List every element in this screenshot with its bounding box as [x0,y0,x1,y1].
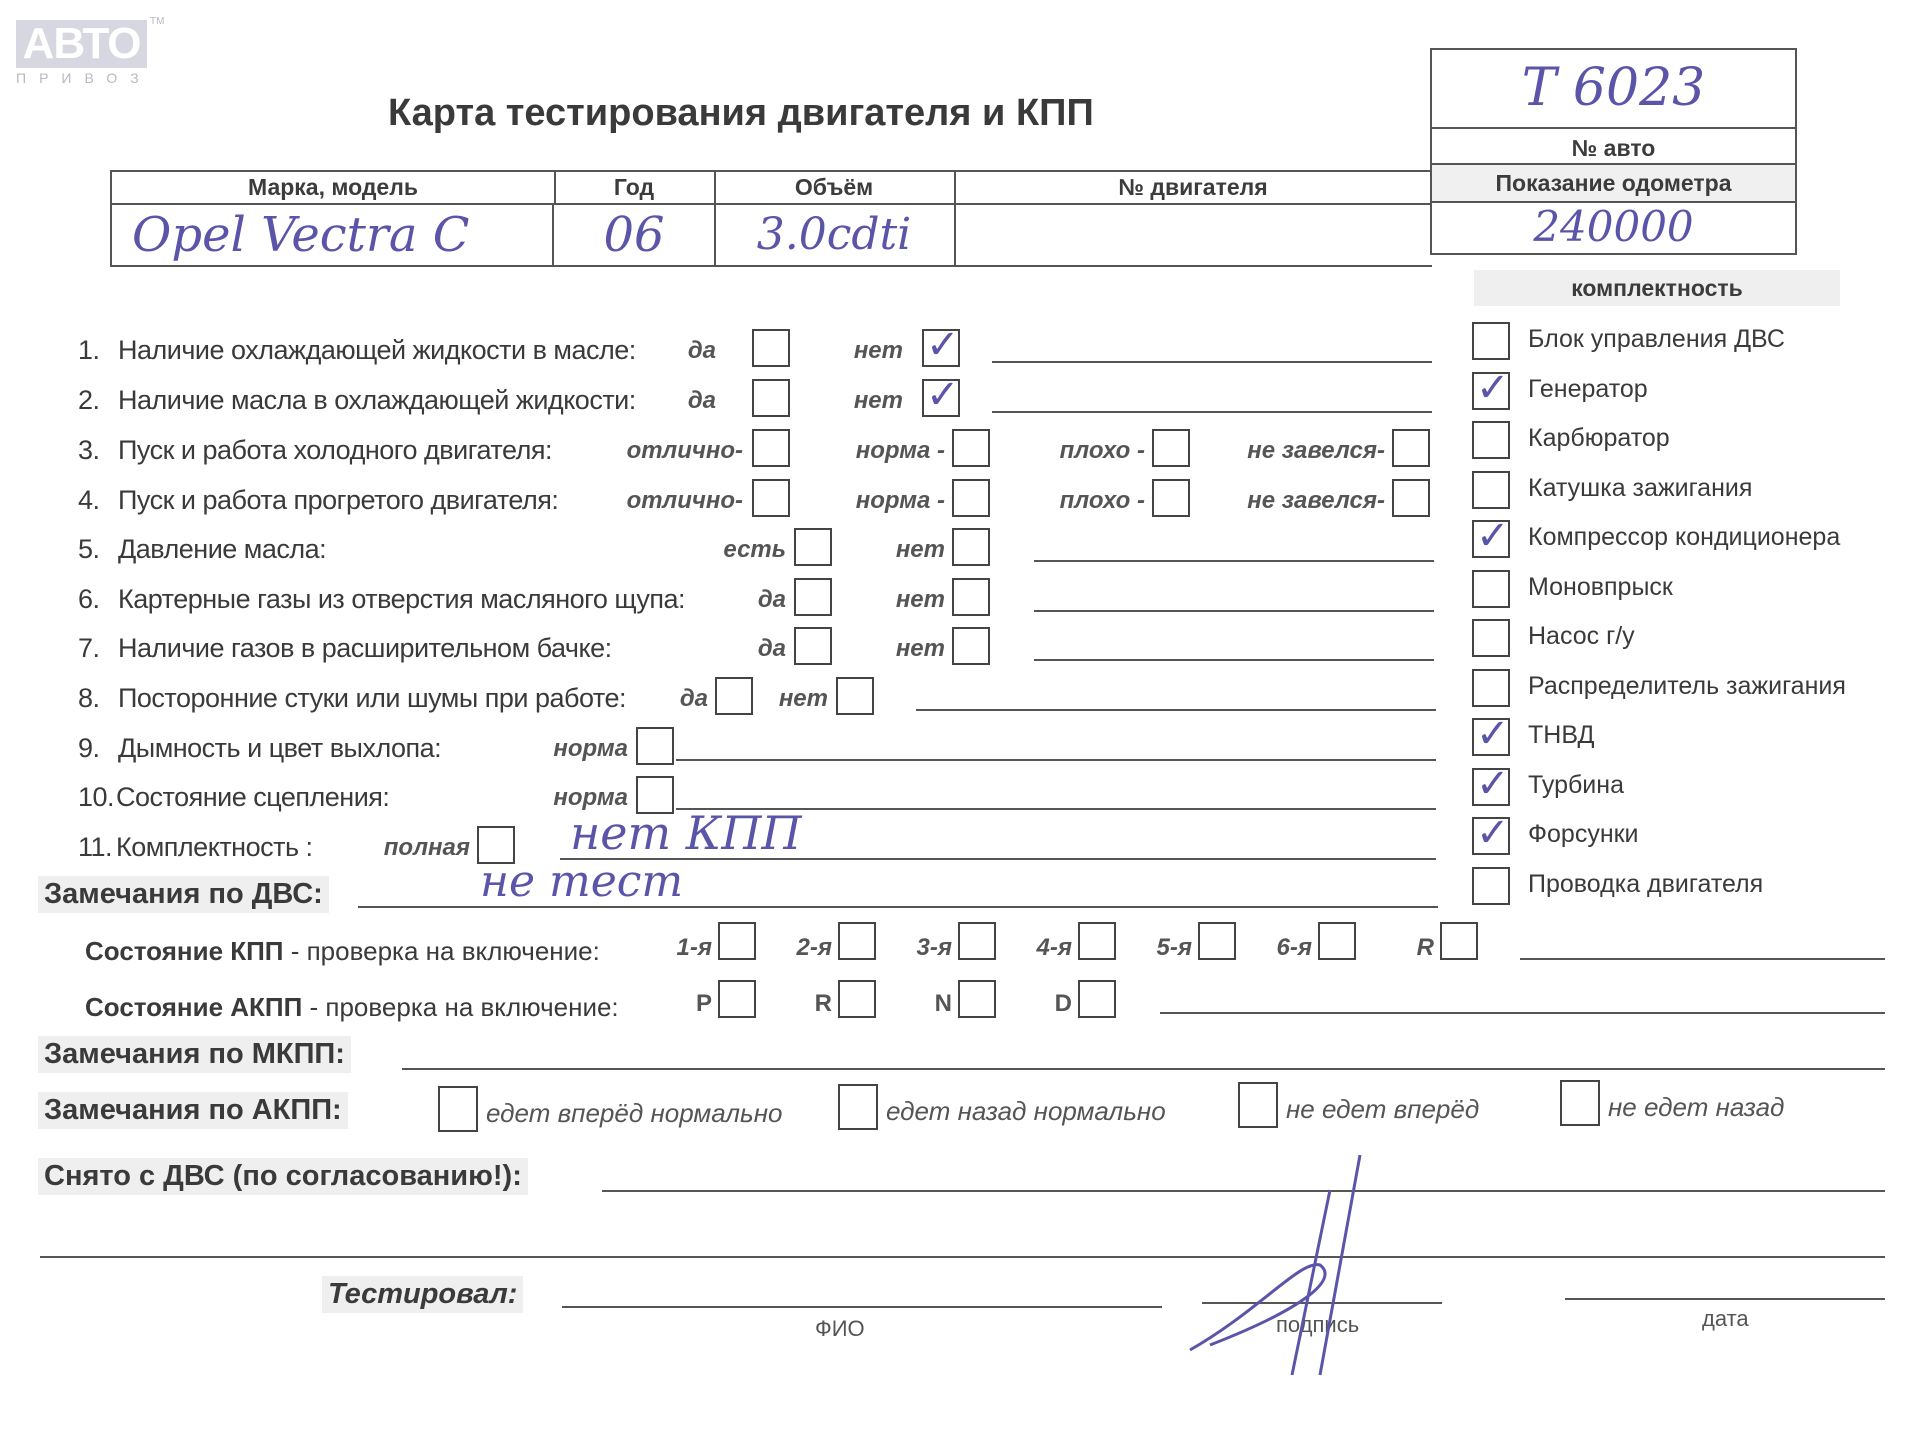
gear-label: 4-я [1037,934,1072,962]
akpp-position-label: N [935,990,952,1018]
option-label: отлично- [627,487,743,515]
odometer-value[interactable]: 240000 [1432,202,1795,251]
signature-scribble [1180,1150,1380,1380]
year-value[interactable]: 06 [554,205,716,265]
option-label: нет [896,536,945,564]
option-checkbox[interactable] [1152,429,1190,467]
akpp-position-label: R [815,990,832,1018]
question-text: Картерные газы из отверстия масляного щу… [118,584,685,615]
question-text: Дымность и цвет выхлопа: [118,733,441,764]
option-checkbox[interactable] [752,329,790,367]
fio-line[interactable] [562,1306,1162,1308]
col-header-model: Марка, модель [112,172,556,205]
page-title: Карта тестирования двигателя и КПП [388,92,1094,135]
gear-checkbox[interactable] [958,922,996,960]
gear-label: 2-я [797,934,832,962]
kit-item-label: Карбюратор [1528,424,1670,453]
akpp-position-label: D [1055,990,1072,1018]
option-checkbox[interactable] [794,627,832,665]
kit-item-label: Насос г/у [1528,622,1635,651]
answer-line[interactable] [1034,610,1434,612]
option-checkbox[interactable] [636,727,674,765]
option-label: нет [896,635,945,663]
question-number: 1. [78,335,100,366]
question-text: Пуск и работа холодного двигателя: [118,435,552,466]
option-checkbox[interactable] [836,677,874,715]
checkmark-icon: ✓ [1476,714,1510,754]
gear-checkbox[interactable] [838,922,876,960]
option-label: норма - [856,437,945,465]
kit-item-label: Проводка двигателя [1528,870,1763,899]
option-label: плохо - [1060,487,1145,515]
option-label: норма - [856,487,945,515]
kit-item-label: Турбина [1528,771,1624,800]
akpp-remark-label: не едет назад [1608,1092,1784,1123]
model-value[interactable]: Opel Vectra C [112,205,554,265]
akpp-position-checkbox[interactable] [838,980,876,1018]
date-caption: дата [1702,1306,1749,1332]
akpp-label-rest: - проверка на включение: [302,992,618,1022]
akpp-remark-label: едет назад нормально [886,1096,1166,1127]
kit-checkbox[interactable] [1472,867,1510,905]
engine-no-value[interactable] [954,205,1432,265]
option-label: да [688,387,716,415]
option-checkbox[interactable] [1152,479,1190,517]
question-text: Комплектность : [116,832,313,863]
mkpp-remarks-label: Замечания по МКПП: [38,1036,351,1073]
kit-checkbox[interactable]: ✓ [1472,520,1510,558]
kit-checkbox[interactable]: ✓ [1472,372,1510,410]
option-label: не завелся- [1247,437,1385,465]
akpp-remark-checkbox[interactable] [1560,1080,1600,1126]
question-number: 10. [78,782,114,813]
checkmark-icon: ✓ [1476,813,1510,853]
akpp-label: Состояние АКПП - проверка на включение: [85,992,619,1023]
akpp-position-checkbox[interactable] [718,980,756,1018]
option-label: норма [553,735,628,763]
answer-line[interactable] [676,759,1436,761]
kit-title: комплектность [1474,270,1840,306]
option-checkbox[interactable] [952,627,990,665]
option-checkbox[interactable] [794,528,832,566]
option-label: да [758,635,786,663]
question-text: Наличие охлаждающей жидкости в масле: [118,335,636,366]
kit-item-label: Компрессор кондиционера [1528,523,1840,552]
gear-checkbox[interactable] [718,922,756,960]
gear-checkbox[interactable] [1078,922,1116,960]
kit-checkbox[interactable]: ✓ [1472,817,1510,855]
option-checkbox[interactable] [1392,479,1430,517]
akpp-remark-checkbox[interactable] [1238,1082,1278,1128]
option-label: есть [723,536,786,564]
odometer-label: Показание одометра [1432,163,1795,203]
col-header-volume: Объём [714,172,956,205]
question-number: 6. [78,584,100,615]
gear-label: R [1417,934,1434,962]
logo: АВТО [16,20,147,68]
akpp-position-checkbox[interactable] [1078,980,1116,1018]
answer-line[interactable] [1034,560,1434,562]
question-number: 11. [78,832,112,863]
logo-tm: TM [150,16,164,27]
kit-checkbox[interactable] [1472,619,1510,657]
akpp-remarks-label: Замечания по АКПП: [38,1092,348,1129]
checkmark-icon: ✓ [926,375,960,415]
checkmark-icon: ✓ [1476,516,1510,556]
car-info-box: T 6023 № авто Показание одометра 240000 [1430,48,1797,255]
option-checkbox[interactable] [794,578,832,616]
kit-item-label: Распределитель зажигания [1528,672,1846,701]
question-number: 4. [78,485,100,516]
option-label: да [758,586,786,614]
vehicle-table: Марка, модель Год Объём № двигателя Opel… [110,170,1432,267]
option-label: полная [384,834,470,862]
question-number: 3. [78,435,100,466]
gear-label: 6-я [1277,934,1312,962]
question-text: Наличие газов в расширительном бачке: [118,633,612,664]
option-label: да [680,685,708,713]
kpp-line [1520,958,1885,960]
option-checkbox[interactable]: ✓ [922,329,960,367]
akpp-label-bold: Состояние АКПП [85,992,302,1022]
question-text: Наличие масла в охлаждающей жидкости: [118,385,636,416]
kit-checkbox[interactable] [1472,471,1510,509]
akpp-position-checkbox[interactable] [958,980,996,1018]
option-label: плохо - [1060,437,1145,465]
extra-line[interactable] [40,1256,1885,1258]
removed-label: Снято с ДВС (по согласованию!): [38,1158,528,1195]
ice-remarks-value[interactable]: не тест [480,856,683,907]
question-text: Посторонние стуки или шумы при работе: [118,683,626,714]
option-label: да [688,337,716,365]
answer-line[interactable] [992,411,1432,413]
gear-label: 1-я [677,934,712,962]
option-label: нет [896,586,945,614]
mkpp-remarks-line[interactable] [402,1068,1885,1070]
kit-checkbox[interactable] [1472,322,1510,360]
kit-checkbox[interactable] [1472,669,1510,707]
kit-checkbox[interactable] [1472,570,1510,608]
kit-item-label: Генератор [1528,375,1648,404]
logo-subtitle: ПРИВОЗ [16,70,156,86]
option-checkbox[interactable] [952,578,990,616]
date-line[interactable] [1565,1298,1885,1300]
answer-line[interactable] [992,361,1432,363]
option-checkbox[interactable] [952,429,990,467]
kit-checkbox[interactable]: ✓ [1472,718,1510,756]
option-checkbox[interactable] [752,379,790,417]
kit-item-label: Форсунки [1528,820,1639,849]
option-checkbox[interactable] [715,677,753,715]
option-checkbox[interactable] [752,479,790,517]
fio-caption: ФИО [815,1316,865,1342]
car-number-value[interactable]: T 6023 [1432,58,1795,118]
question-text: Давление масла: [118,534,326,565]
option-label: нет [854,337,903,365]
question-number: 5. [78,534,100,565]
checkmark-icon: ✓ [1476,764,1510,804]
col-header-year: Год [554,172,716,205]
option-label: отлично- [627,437,743,465]
akpp-remark-label: не едет вперёд [1286,1094,1479,1125]
kit-item-label: ТНВД [1528,721,1594,750]
kit-item-label: Моновпрыск [1528,573,1673,602]
akpp-remark-checkbox[interactable] [438,1086,478,1132]
option-checkbox[interactable] [1392,429,1430,467]
option-label: не завелся- [1247,487,1385,515]
checkmark-icon: ✓ [1476,368,1510,408]
option-label: нет [854,387,903,415]
gear-checkbox[interactable] [1198,922,1236,960]
gear-label: 5-я [1157,934,1192,962]
question-number: 9. [78,733,100,764]
answer-line[interactable] [1034,659,1434,661]
checkmark-icon: ✓ [926,325,960,365]
akpp-remark-label: едет вперёд нормально [486,1098,782,1129]
kit-checkbox[interactable]: ✓ [1472,768,1510,806]
question-text: Пуск и работа прогретого двигателя: [118,485,558,516]
col-header-engine-no: № двигателя [954,172,1432,205]
kpp-label-bold: Состояние КПП [85,936,284,966]
option-checkbox[interactable] [952,528,990,566]
kit-item-label: Катушка зажигания [1528,474,1752,503]
kit-checkbox[interactable] [1472,421,1510,459]
ice-remarks-label: Замечания по ДВС: [38,876,329,913]
option-checkbox[interactable]: ✓ [922,379,960,417]
option-label: нет [779,685,828,713]
akpp-remark-checkbox[interactable] [838,1084,878,1130]
volume-value[interactable]: 3.0cdti [714,205,956,265]
option-checkbox[interactable] [752,429,790,467]
akpp-position-label: P [696,990,712,1018]
kpp-label: Состояние КПП - проверка на включение: [85,936,600,967]
kpp-label-rest: - проверка на включение: [284,936,600,966]
gear-checkbox[interactable] [1318,922,1356,960]
car-number-label: № авто [1432,127,1795,167]
akpp-line [1160,1012,1885,1014]
gear-label: 3-я [917,934,952,962]
question-number: 7. [78,633,100,664]
option-checkbox[interactable] [952,479,990,517]
question-text: Состояние сцепления: [116,782,389,813]
completeness-note[interactable]: нет КПП [570,806,802,860]
answer-line[interactable] [916,709,1436,711]
kit-item-label: Блок управления ДВС [1528,325,1785,354]
question-number: 2. [78,385,100,416]
question-number: 8. [78,683,100,714]
tested-label: Тестировал: [322,1276,523,1313]
gear-checkbox[interactable] [1440,922,1478,960]
